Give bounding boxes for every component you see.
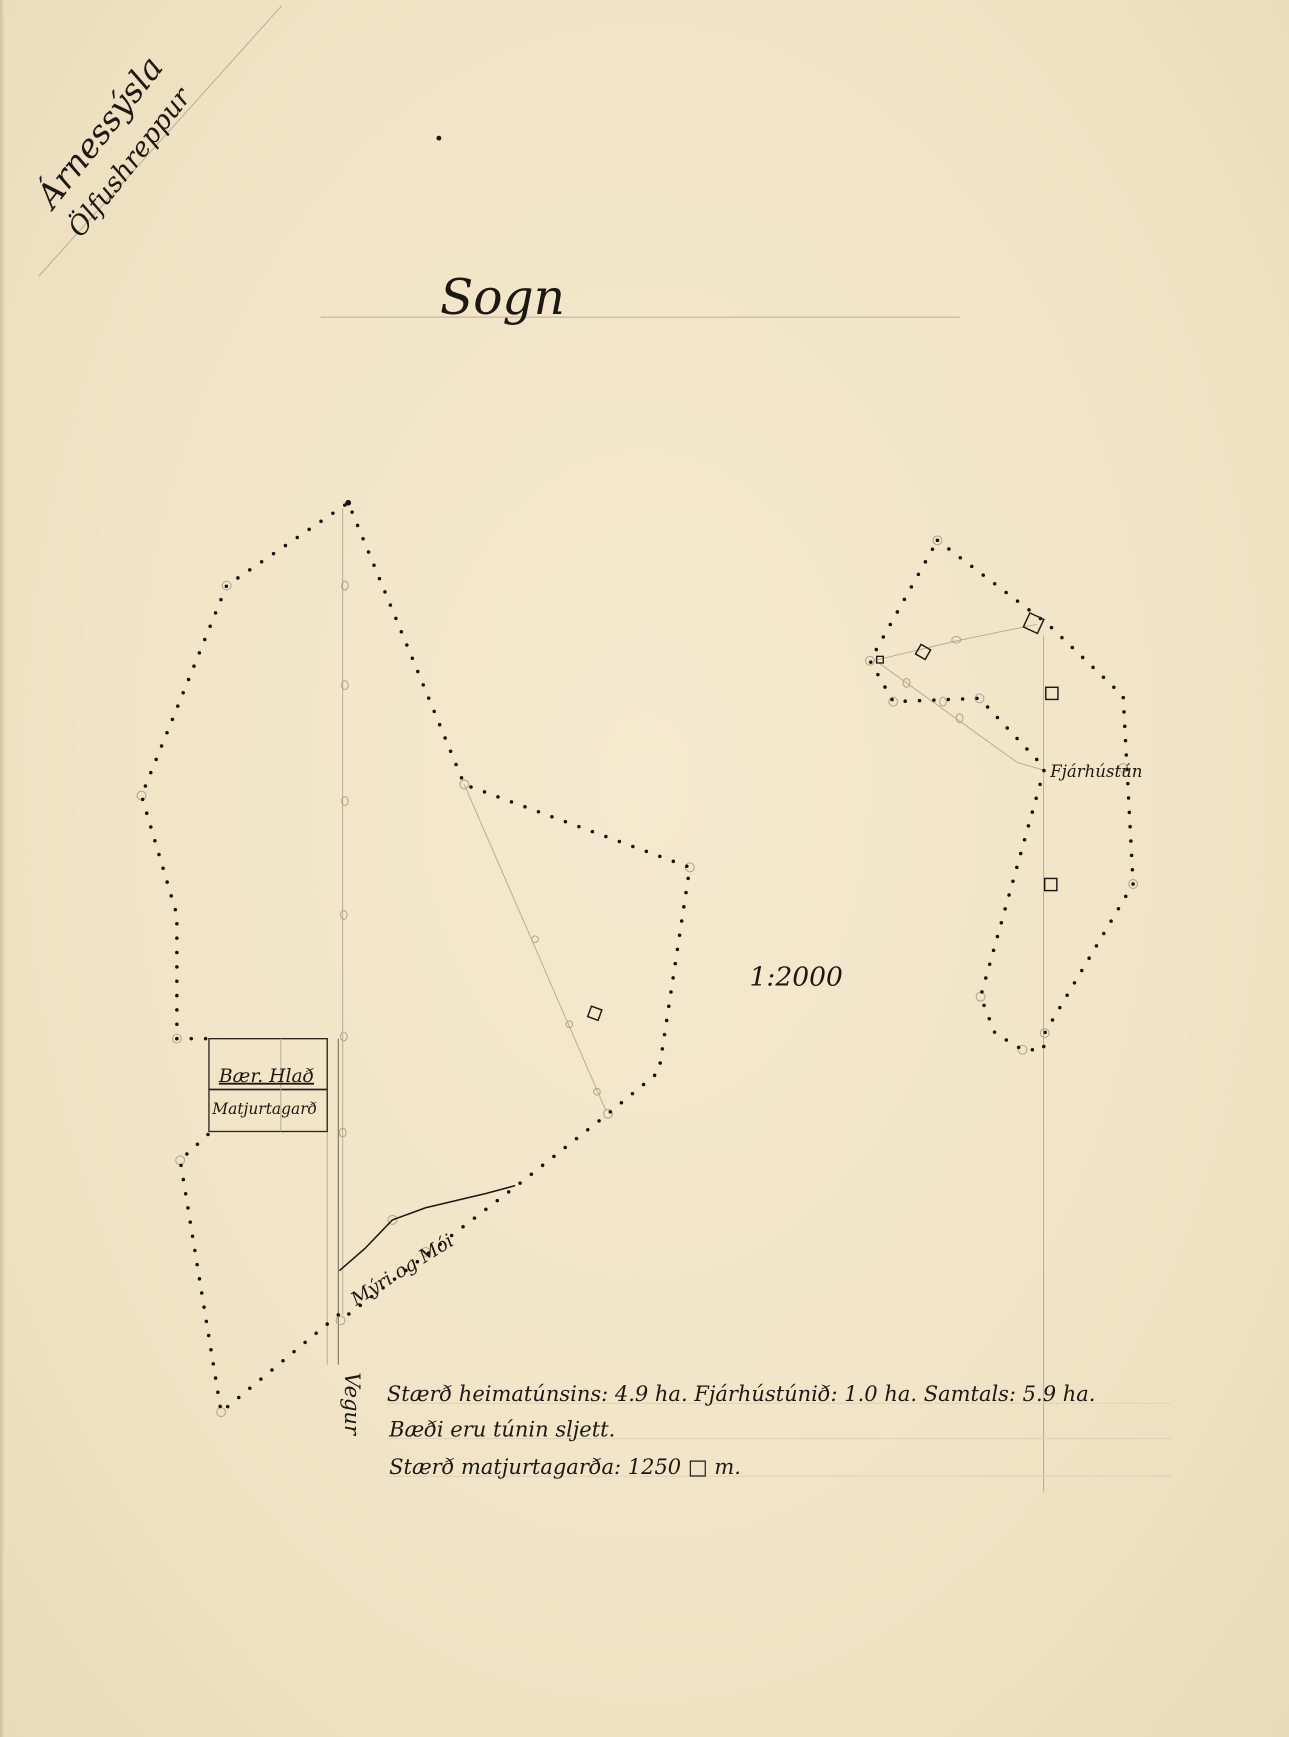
building-square — [588, 1006, 602, 1020]
farmyard-label: Bær. Hlað — [218, 1066, 314, 1087]
note-areas: Stærð heimatúnsins: 4.9 ha. Fjárhústúnið… — [387, 1382, 1096, 1406]
home-field-boundary — [142, 503, 690, 1321]
note-fields-level: Bæði eru túnin sljett. — [388, 1417, 615, 1441]
building-square — [1045, 878, 1057, 890]
sheep-field-boundary — [870, 540, 1133, 1049]
map-scale: 1:2000 — [750, 962, 843, 993]
home-field-boundary-lower — [180, 1133, 338, 1413]
region-label: Árnessýsla Ölfushreppur — [24, 48, 201, 243]
building-square — [916, 644, 931, 659]
corner-point — [345, 500, 351, 506]
road-label: Vegur — [340, 1372, 364, 1437]
survey-points — [866, 536, 1138, 1054]
building-square — [1023, 613, 1044, 634]
area-notes: Stærð heimatúnsins: 4.9 ha. Fjárhústúnið… — [387, 1382, 1172, 1479]
map-sheet: Árnessýsla Ölfushreppur Sogn — [0, 0, 1289, 1737]
note-garden-size: Stærð matjurtagarða: 1250 □ m. — [389, 1455, 741, 1479]
meadow-label: Mýri og Mói — [347, 1231, 458, 1311]
vegetable-garden-label: Matjurtagarð — [211, 1100, 317, 1118]
survey-line — [464, 785, 606, 1111]
survey-line — [879, 663, 1044, 770]
page-title: Sogn — [440, 270, 565, 326]
map-drawing: Árnessýsla Ölfushreppur Sogn — [0, 0, 1289, 1737]
ink-spot — [436, 136, 441, 141]
survey-points — [137, 581, 694, 1416]
building-square — [1046, 687, 1058, 699]
sheep-field-label: Fjárhústún — [1049, 762, 1142, 781]
